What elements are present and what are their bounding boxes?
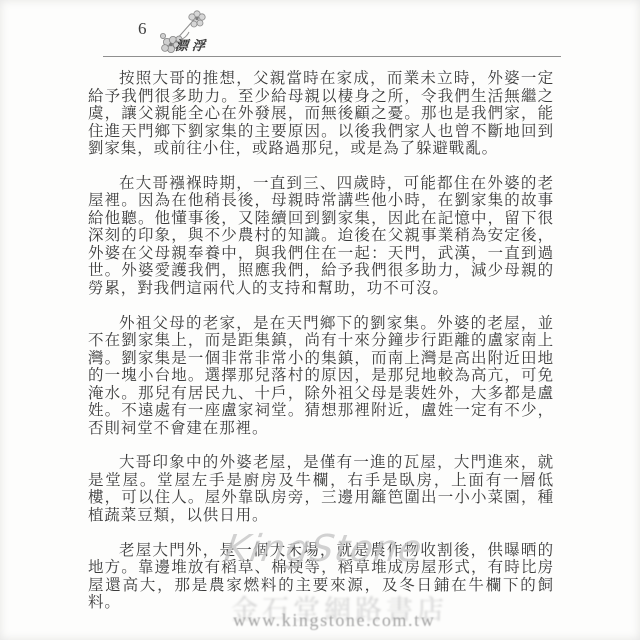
paragraph: 在大哥襁褓時期，一直到三、四歲時，可能都住在外婆的老屋裡。因為在他稍長後，母親時…: [88, 175, 554, 298]
book-page: 6 漂浮 按照: [0, 0, 640, 640]
page-number: 6: [138, 19, 147, 39]
body-text: 按照大哥的推想，父親當時在家成，而業未立時，外婆一定給予我們很多助力。至少給母親…: [88, 70, 554, 629]
paragraph: 老屋大門外，是一個大禾場，就是農作物收割後，供曝晒的地方。靠邊堆放有稻草、棉梗等…: [88, 542, 554, 612]
paragraph: 大哥印象中的外婆老屋，是僅有一進的瓦屋，大門進來，就是堂屋。堂屋左手是廚房及牛欄…: [88, 454, 554, 524]
paragraph: 外祖父母的老家，是在天門鄉下的劉家集。外婆的老屋，並不在劉家集上，而是距集鎮，尚…: [88, 315, 554, 438]
paragraph: 按照大哥的推想，父親當時在家成，而業未立時，外婆一定給予我們很多助力。至少給母親…: [88, 70, 554, 158]
chapter-title: 漂浮: [174, 35, 209, 54]
header-divider: [103, 56, 561, 57]
